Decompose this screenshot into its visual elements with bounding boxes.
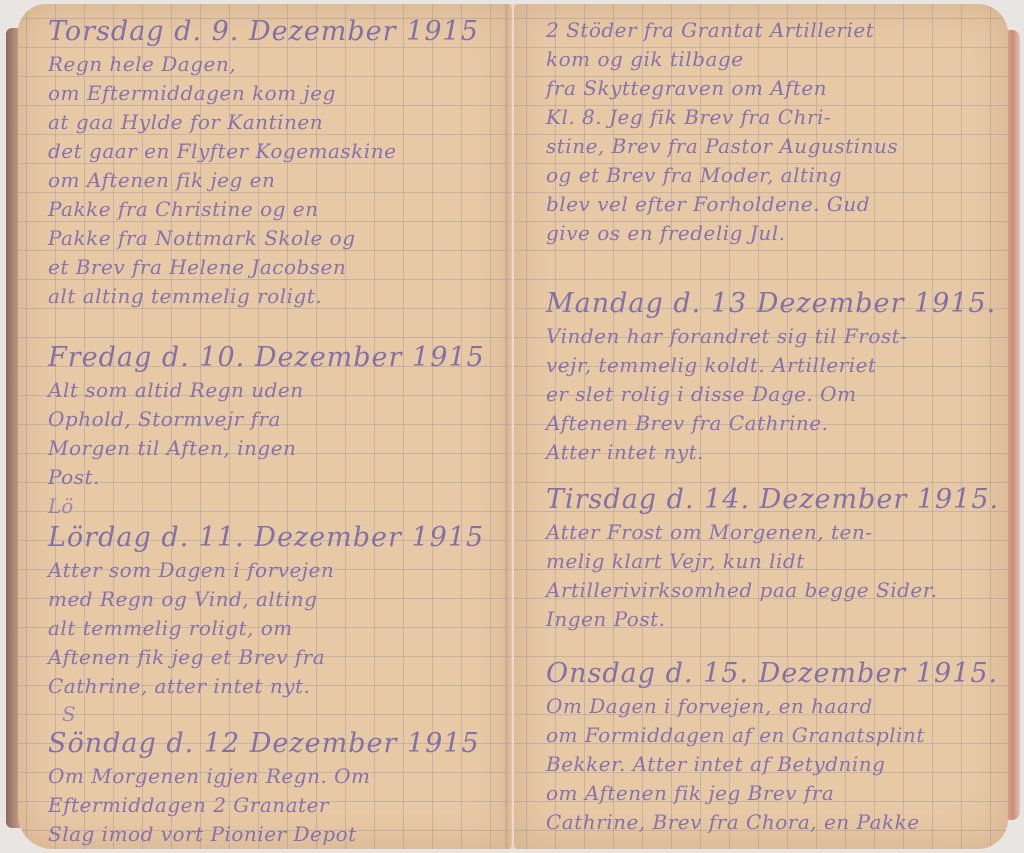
book-edge-right: [1006, 30, 1020, 820]
entry-line: Post.: [48, 463, 492, 492]
entry-line: Atter Frost om Morgenen, ten-: [546, 518, 988, 547]
diary-entry-dec-15: Onsdag d. 15. Dezember 1915. Om Dagen i …: [546, 656, 988, 837]
entry-line: om Aftenen fik jeg en: [48, 166, 492, 195]
entry-line: Ingen Post.: [546, 605, 988, 634]
entry-line: Cathrine, atter intet nyt.: [48, 672, 492, 701]
left-page: Torsdag d. 9. Dezember 1915 Regn hele Da…: [18, 4, 512, 849]
entry-line: 2 Stöder fra Grantat Artilleriet: [546, 16, 988, 45]
entry-line: Pakke fra Christine og en: [48, 195, 492, 224]
marginal-note: Lö: [48, 494, 73, 518]
entry-line: Morgen til Aften, ingen: [48, 434, 492, 463]
entry-line: blev vel efter Forholdene. Gud: [546, 190, 988, 219]
diary-spread: Torsdag d. 9. Dezember 1915 Regn hele Da…: [0, 0, 1024, 853]
entry-line: om Eftermiddagen kom jeg: [48, 79, 492, 108]
right-page: 2 Stöder fra Grantat Artilleriet kom og …: [514, 4, 1008, 849]
entry-line: Pakke fra Nottmark Skole og: [48, 224, 492, 253]
entry-line: Alt som altid Regn uden: [48, 376, 492, 405]
diary-entry-dec-12: Söndag d. 12 Dezember 1915 Om Morgenen i…: [48, 726, 492, 849]
entry-line: Regn hele Dagen,: [48, 50, 492, 79]
diary-entry-dec-11: Lördag d. 11. Dezember 1915 Atter som Da…: [48, 520, 492, 701]
entry-line: give os en fredelig Jul.: [546, 219, 988, 248]
diary-entry-dec-12-continued: 2 Stöder fra Grantat Artilleriet kom og …: [546, 16, 988, 248]
entry-line: at gaa Hylde for Kantinen: [48, 108, 492, 137]
entry-line: et Brev fra Helene Jacobsen: [48, 253, 492, 282]
entry-date-header: Lördag d. 11. Dezember 1915: [48, 520, 492, 556]
entry-line: Atter intet nyt.: [546, 438, 988, 467]
entry-line: er slet rolig i disse Dage. Om: [546, 380, 988, 409]
entry-line: alt alting temmelig roligt.: [48, 282, 492, 311]
entry-line: Artillerivirksomhed paa begge Sider.: [546, 576, 988, 605]
entry-line: Ophold, Stormvejr fra: [48, 405, 492, 434]
entry-date-header: Söndag d. 12 Dezember 1915: [48, 726, 492, 762]
marginal-note: S: [62, 702, 76, 726]
entry-line: og et Brev fra Moder, alting: [546, 161, 988, 190]
entry-line: om Aftenen fik jeg Brev fra: [546, 779, 988, 808]
entry-line: det gaar en Flyfter Kogemaskine: [48, 137, 492, 166]
entry-line: vejr, temmelig koldt. Artilleriet: [546, 351, 988, 380]
entry-date-header: Mandag d. 13 Dezember 1915.: [546, 286, 988, 322]
entry-line: Slag imod vort Pionier Depot: [48, 820, 492, 849]
entry-line: melig klart Vejr, kun lidt: [546, 547, 988, 576]
entry-line: Eftermiddagen 2 Granater: [48, 791, 492, 820]
entry-line: Aftenen fik jeg et Brev fra: [48, 643, 492, 672]
entry-line: Aftenen Brev fra Cathrine.: [546, 409, 988, 438]
entry-line: Om Dagen i forvejen, en haard: [546, 692, 988, 721]
entry-line: Om Morgenen igjen Regn. Om: [48, 762, 492, 791]
entry-date-header: Onsdag d. 15. Dezember 1915.: [546, 656, 988, 692]
entry-line: Kl. 8. Jeg fik Brev fra Chri-: [546, 103, 988, 132]
diary-entry-dec-14: Tirsdag d. 14. Dezember 1915. Atter Fros…: [546, 482, 988, 634]
entry-line: Cathrine, Brev fra Chora, en Pakke: [546, 808, 988, 837]
entry-line: Atter som Dagen i forvejen: [48, 556, 492, 585]
entry-date-header: Fredag d. 10. Dezember 1915: [48, 340, 492, 376]
entry-line: fra Skyttegraven om Aften: [546, 74, 988, 103]
diary-entry-dec-10: Fredag d. 10. Dezember 1915 Alt som alti…: [48, 340, 492, 492]
entry-line: med Regn og Vind, alting: [48, 585, 492, 614]
diary-entry-dec-9: Torsdag d. 9. Dezember 1915 Regn hele Da…: [48, 14, 492, 311]
entry-line: om Formiddagen af en Granatsplint: [546, 721, 988, 750]
entry-line: Bekker. Atter intet af Betydning: [546, 750, 988, 779]
entry-date-header: Tirsdag d. 14. Dezember 1915.: [546, 482, 988, 518]
entry-line: Vinden har forandret sig til Frost-: [546, 322, 988, 351]
diary-entry-dec-13: Mandag d. 13 Dezember 1915. Vinden har f…: [546, 286, 988, 467]
entry-line: kom og gik tilbage: [546, 45, 988, 74]
entry-line: stine, Brev fra Pastor Augustinus: [546, 132, 988, 161]
entry-line: alt temmelig roligt, om: [48, 614, 492, 643]
entry-date-header: Torsdag d. 9. Dezember 1915: [48, 14, 492, 50]
